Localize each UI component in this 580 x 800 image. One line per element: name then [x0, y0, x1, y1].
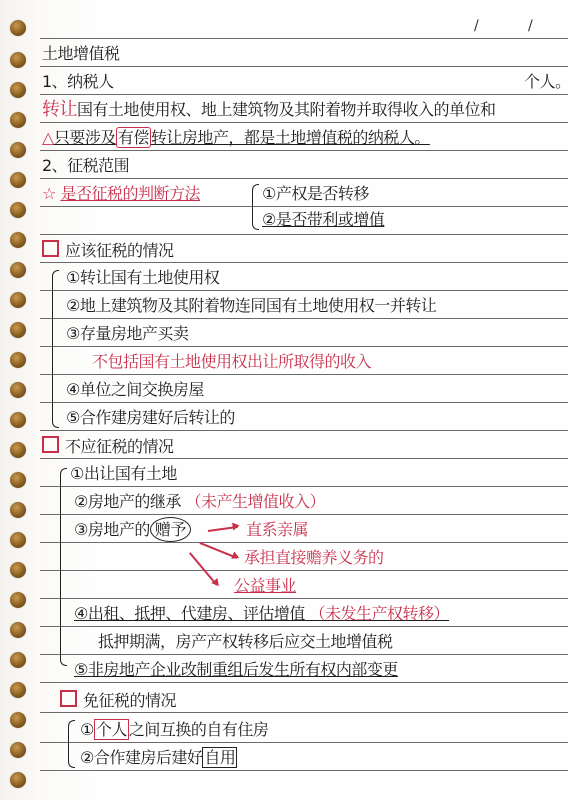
binder-hole [10, 172, 26, 188]
ruled-line [40, 458, 568, 459]
taxable-brace [52, 270, 59, 428]
binder-hole [10, 742, 26, 758]
judgement-method: ☆ 是否征税的判断方法 [42, 184, 200, 204]
gift-circled: 赠予 [150, 517, 191, 542]
ruled-line [40, 150, 568, 151]
ruled-line [40, 570, 568, 571]
exempt-item-2-text: ②合作建房后建好 [80, 748, 202, 767]
taxable-item-4: ④单位之间交换房屋 [66, 380, 204, 400]
binder-hole [10, 202, 26, 218]
ruled-line [40, 654, 568, 655]
header-mark: / [528, 18, 533, 34]
ruled-line [40, 262, 568, 263]
section2-heading: 2、征税范围 [42, 156, 129, 176]
notebook-page: / / 土地增值税 1、纳税人 个人。 转让国有土地使用权、地上建筑物及其附着物… [0, 0, 580, 800]
non-taxable-item-2: ②房地产的继承 （未产生增值收入） [74, 492, 325, 512]
ruled-line [40, 742, 568, 743]
inheritance-text: ②房地产的继承 [74, 492, 181, 511]
binder-hole [10, 682, 26, 698]
binder-hole [10, 262, 26, 278]
non-taxable-item-5: ⑤非房地产企业改制重组后发生所有权内部变更 [74, 660, 398, 680]
non-taxable-item-3: ③房地产的赠予 [74, 520, 191, 540]
ruled-line [40, 712, 568, 713]
binder-hole [10, 562, 26, 578]
binder-hole [10, 442, 26, 458]
criteria-brace [252, 184, 259, 230]
item4-text: ④出租、抵押、代建房、评估增值 [74, 604, 305, 623]
binder-hole [10, 352, 26, 368]
exempt-heading-text: 免征税的情况 [83, 691, 176, 710]
taxpayer-note: △只要涉及有偿转让房地产，都是土地增值税的纳税人。 [42, 128, 430, 148]
header-mark: / [474, 18, 479, 34]
inheritance-note: （未产生增值收入） [185, 492, 325, 511]
taxable-note: 不包括国有土地使用权出让所取得的收入 [92, 352, 371, 372]
ruled-line [40, 374, 568, 375]
exempt-item-1-boxed: 个人 [94, 719, 129, 740]
note-text-after: 转让房地产，都是土地增值税的纳税人。 [151, 128, 430, 147]
binder-hole [10, 622, 26, 638]
binder-hole [10, 472, 26, 488]
ruled-line [40, 94, 568, 95]
arrow-icon [200, 542, 238, 558]
binder-hole [10, 652, 26, 668]
non-taxable-item-4-detail: 抵押期满，房产产权转移后应交土地增值税 [98, 632, 393, 652]
ruled-line [40, 430, 568, 431]
binder-hole [10, 82, 26, 98]
section1-heading: 1、纳税人 [42, 72, 114, 92]
ruled-line [40, 234, 568, 235]
exempt-item-1: ①个人之间互换的自有住房 [80, 720, 268, 740]
binder-hole [10, 382, 26, 398]
ruled-line [40, 402, 568, 403]
binder-hole [10, 412, 26, 428]
taxable-heading-text: 应该征税的情况 [65, 241, 174, 260]
ruled-line [40, 598, 568, 599]
taxable-item-2: ②地上建筑物及其附着物连同国有土地使用权一并转让 [66, 296, 436, 316]
non-taxable-heading-text: 不应征税的情况 [65, 437, 174, 456]
binder-hole [10, 112, 26, 128]
checkbox-square-icon [42, 436, 59, 453]
taxable-heading: 应该征税的情况 [42, 240, 174, 261]
ruled-line [40, 178, 568, 179]
gift-target-3: 公益事业 [234, 576, 296, 596]
star-icon: ☆ [42, 184, 56, 203]
gift-target-2: 承担直接赡养义务的 [244, 548, 384, 568]
ruled-line [40, 346, 568, 347]
checkbox-square-icon [42, 240, 59, 257]
taxable-item-5: ⑤合作建房建好后转让的 [66, 408, 235, 428]
binder-hole [10, 532, 26, 548]
binder-hole [10, 502, 26, 518]
taxable-item-1: ①转让国有土地使用权 [66, 268, 219, 288]
binder-hole [10, 292, 26, 308]
item4-note: （未发生产权转移） [309, 604, 449, 623]
ruled-line [40, 206, 568, 207]
definition-text: 国有土地使用权、地上建筑物及其附着物并取得收入的单位和 [77, 100, 496, 119]
criterion-2: ②是否带利或增值 [262, 210, 384, 230]
note-boxed-term: 有偿 [116, 127, 151, 148]
binder-hole [10, 142, 26, 158]
exempt-item-2-boxed: 自用 [202, 747, 237, 768]
binder-hole [10, 772, 26, 788]
binder-hole [10, 52, 26, 68]
method-label: 是否征税的判断方法 [60, 184, 200, 203]
exempt-brace [68, 720, 75, 768]
ruled-line [40, 486, 568, 487]
binder-hole [10, 232, 26, 248]
gift-text: ③房地产的 [74, 520, 150, 539]
ruled-line [40, 542, 568, 543]
ruled-line [40, 290, 568, 291]
ruled-line [40, 66, 568, 67]
exempt-item-1-number: ① [80, 720, 94, 739]
checkbox-square-icon [60, 690, 77, 707]
arrow-icon [189, 552, 217, 585]
triangle-icon: △ [42, 128, 54, 147]
definition-prefix: 转让 [42, 99, 77, 120]
binder-hole [10, 712, 26, 728]
page-title: 土地增值税 [42, 44, 120, 64]
ruled-line [40, 626, 568, 627]
non-taxable-heading: 不应征税的情况 [42, 436, 174, 457]
gift-target-1: 直系亲属 [246, 520, 308, 540]
binder-hole [10, 592, 26, 608]
binder-hole [10, 20, 26, 36]
non-taxable-item-1: ①出让国有土地 [70, 464, 177, 484]
criterion-1: ①产权是否转移 [262, 184, 369, 204]
ruled-line [40, 514, 568, 515]
ruled-line [40, 318, 568, 319]
non-taxable-brace [60, 468, 67, 666]
taxpayer-definition: 转让国有土地使用权、地上建筑物及其附着物并取得收入的单位和 [42, 100, 496, 120]
note-text-before: 只要涉及 [54, 128, 116, 147]
ruled-line [40, 682, 568, 683]
ruled-line [40, 38, 568, 39]
section1-side-note: 个人。 [524, 72, 571, 92]
non-taxable-item-4: ④出租、抵押、代建房、评估增值 （未发生产权转移） [74, 604, 449, 624]
exempt-item-2: ②合作建房后建好自用 [80, 748, 237, 768]
taxable-item-3: ③存量房地产买卖 [66, 324, 188, 344]
ruled-line [40, 122, 568, 123]
binder-hole [10, 322, 26, 338]
ruled-line [40, 770, 568, 771]
exempt-heading: 免征税的情况 [60, 690, 176, 711]
arrow-icon [208, 526, 238, 532]
exempt-item-1-text: 之间互换的自有住房 [129, 720, 269, 739]
